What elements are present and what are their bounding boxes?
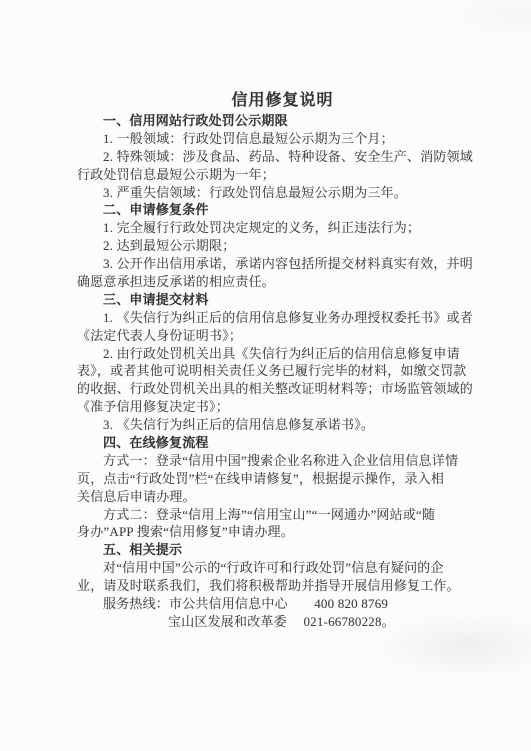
document-line: 2. 由行政处罚机关出具《失信行为纠正后的信用信息修复申请 — [77, 345, 449, 363]
section-heading: 三、申请提交材料 — [77, 291, 449, 309]
document-line: 3. 严重失信领域：行政处罚信息最短公示期为三年。 — [77, 184, 449, 202]
section-heading: 二、申请修复条件 — [77, 201, 449, 219]
document-line: 1. 《失信行为纠正后的信用信息修复业务办理授权委托书》或者 — [77, 309, 449, 327]
section-heading: 一、信用网站行政处罚公示期限 — [77, 112, 449, 130]
document-line: 的收据、行政处罚机关出具的相关整改证明材料等；市场监管领域的 — [77, 380, 449, 398]
document-line: 对“信用中国”公示的“行政许可和行政处罚”信息有疑问的企 — [77, 559, 449, 577]
document-line: 身办”APP 搜索“信用修复”申请办理。 — [77, 523, 449, 541]
section-heading: 四、在线修复流程 — [77, 434, 449, 452]
document-title: 信用修复说明 — [77, 90, 449, 112]
document-page: 信用修复说明 一、信用网站行政处罚公示期限1. 一般领域：行政处罚信息最短公示期… — [0, 0, 531, 751]
document-line: 1. 一般领域：行政处罚信息最短公示期为三个月； — [77, 130, 449, 148]
document-line: 宝山区发展和改革委 021-66780228。 — [77, 613, 449, 631]
document-line: 行政处罚信息最短公示期为一年； — [77, 166, 449, 184]
document-line: 服务热线：市公共信用信息中心 400 820 8769 — [77, 595, 449, 613]
document-line: 《法定代表人身份证明书》； — [77, 327, 449, 345]
document-line: 方式一：登录“信用中国”搜索企业名称进入企业信用信息详情 — [77, 452, 449, 470]
document-line: 方式二：登录“信用上海”“信用宝山”“一网通办”网站或“随 — [77, 506, 449, 524]
document-line: 表》，或者其他可说明相关责任义务已履行完毕的材料，如缴交罚款 — [77, 362, 449, 380]
document-line: 《准予信用修复决定书》； — [77, 398, 449, 416]
document-content: 信用修复说明 一、信用网站行政处罚公示期限1. 一般领域：行政处罚信息最短公示期… — [77, 90, 449, 631]
document-line: 1. 完全履行行政处罚决定规定的义务，纠正违法行为； — [77, 219, 449, 237]
document-line: 页，点击“行政处罚”栏“在线申请修复”，根据提示操作，录入相 — [77, 470, 449, 488]
section-heading: 五、相关提示 — [77, 541, 449, 559]
document-line: 业，请及时联系我们，我们将积极帮助并指导开展信用修复工作。 — [77, 577, 449, 595]
document-line: 2. 达到最短公示期限； — [77, 237, 449, 255]
document-body: 一、信用网站行政处罚公示期限1. 一般领域：行政处罚信息最短公示期为三个月；2.… — [77, 112, 449, 631]
document-line: 3. 《失信行为纠正后的信用信息修复承诺书》。 — [77, 416, 449, 434]
document-line: 确愿意承担违反承诺的相应责任。 — [77, 273, 449, 291]
document-line: 2. 特殊领域：涉及食品、药品、特种设备、安全生产、消防领域 — [77, 148, 449, 166]
document-line: 关信息后申请办理。 — [77, 488, 449, 506]
document-line: 3. 公开作出信用承诺，承诺内容包括所提交材料真实有效，并明 — [77, 255, 449, 273]
